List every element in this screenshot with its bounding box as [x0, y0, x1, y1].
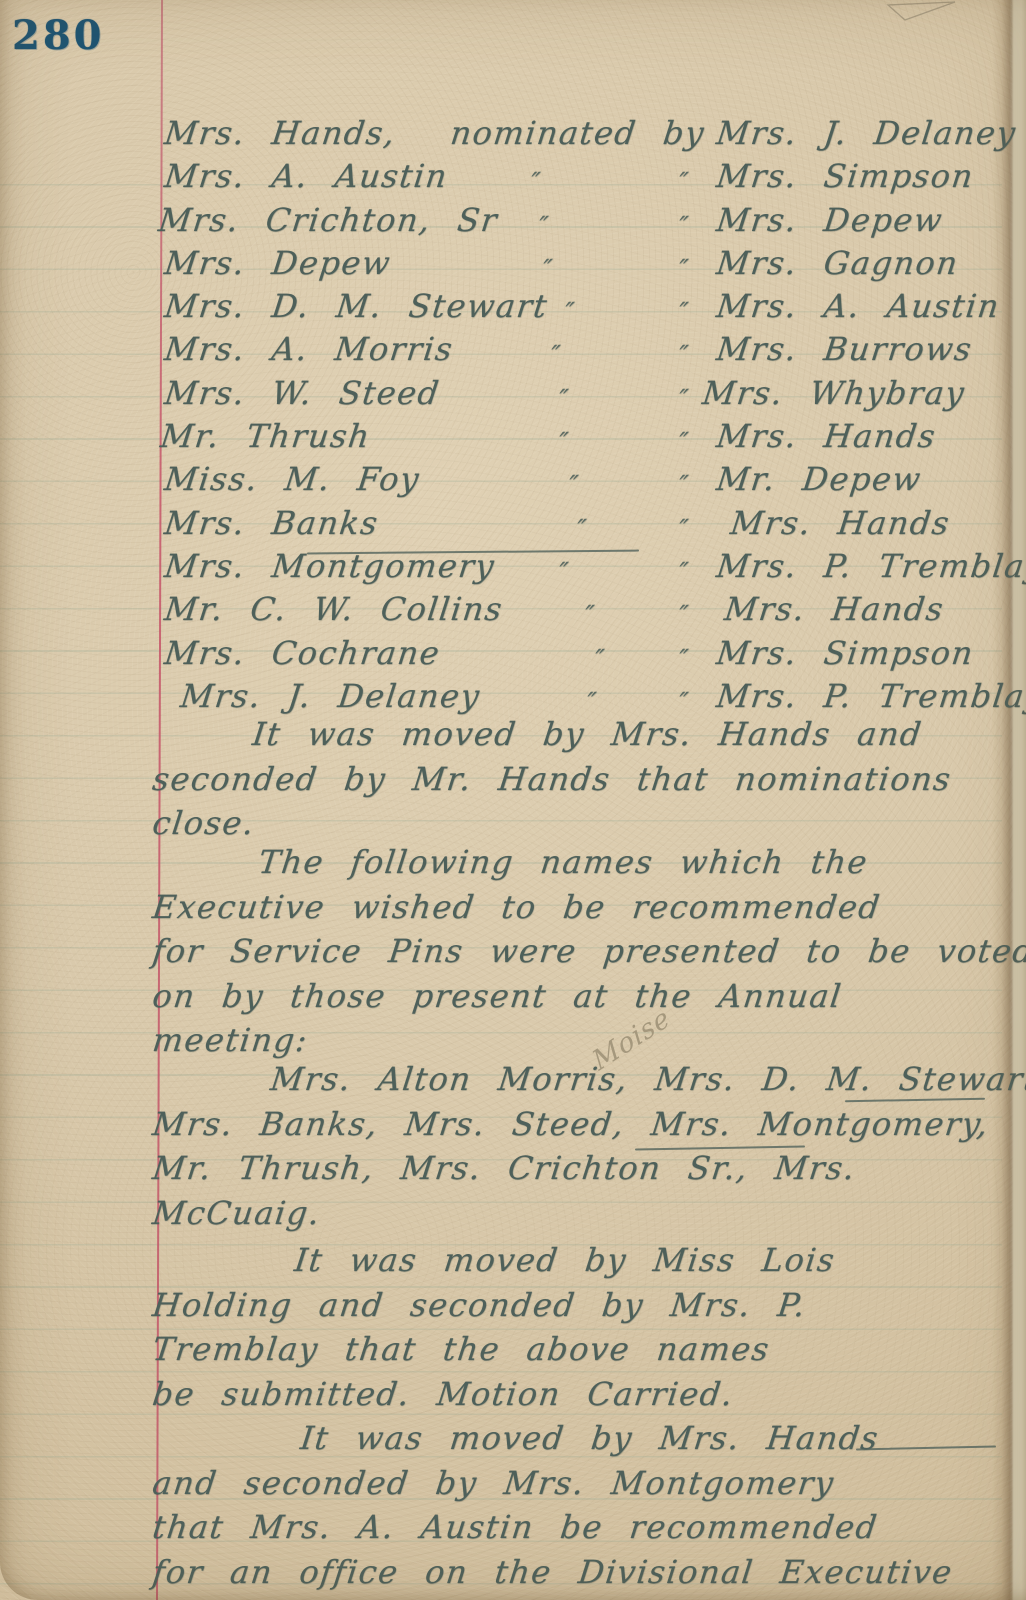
text-line: Mrs. Alton Morris, Mrs. D. M. Stewart: [150, 1057, 1025, 1102]
nominee-name: Mrs. D. M. Stewart: [162, 285, 550, 328]
page-number: 280: [12, 12, 105, 59]
nomination-row: Mrs. D. M. Stewart ″ ″ Mrs. A. Austin: [0, 285, 1026, 328]
nomination-row: Mrs. W. Steed ″ ″ Mrs. Whybray: [0, 372, 1026, 415]
nomination-header-row: Mrs. Hands, nominated by Mrs. J. Delaney: [0, 112, 1026, 155]
text-line: McCuaig.: [150, 1191, 1025, 1236]
paragraph-service-pins: The following names which the Executive …: [150, 840, 1020, 1063]
ditto-mark: ″: [676, 507, 693, 550]
text-line: for Service Pins were presented to be vo…: [150, 929, 1025, 974]
ditto-mark: ″: [676, 593, 693, 636]
ditto-mark: ″: [676, 333, 693, 376]
text-line: Mrs. Banks, Mrs. Steed, Mrs. Montgomery,: [150, 1102, 1025, 1147]
text-line: seconded by Mr. Hands that nominations: [150, 757, 1025, 802]
text-line: It was moved by Miss Lois: [150, 1238, 1025, 1283]
nomination-row: Mrs. Cochrane ″ ″ Mrs. Simpson: [0, 632, 1026, 675]
text-line: and seconded by Mrs. Montgomery: [150, 1461, 1025, 1506]
nominator-name: Mrs. Depew: [714, 199, 946, 242]
nomination-row: Mr. C. W. Collins ″ ″ Mrs. Hands: [0, 588, 1026, 631]
text-line: The following names which the: [150, 840, 1025, 885]
text-line: for an office on the Divisional Executiv…: [150, 1550, 1025, 1595]
ditto-mark: ″: [676, 247, 693, 290]
nomination-row: Mrs. Banks ″ ″ Mrs. Hands: [0, 502, 1026, 545]
paragraph-names-submitted: It was moved by Miss Lois Holding and se…: [150, 1238, 1020, 1416]
nominator-name: Mr. Depew: [714, 458, 924, 501]
nomination-row: Mrs. A. Austin ″ ″ Mrs. Simpson: [0, 155, 1026, 198]
ditto-mark: ″: [548, 333, 565, 376]
corner-pencil-mark: [0, 0, 1026, 60]
nominee-name: Mrs. A. Austin: [162, 155, 450, 198]
ditto-mark: ″: [536, 204, 553, 247]
text-line: on by those present at the Annual: [150, 974, 1025, 1019]
nominee-name: Mrs. Hands,: [162, 112, 398, 155]
text-line: Mr. Thrush, Mrs. Crichton Sr., Mrs.: [150, 1146, 1025, 1191]
ditto-mark: ″: [676, 377, 693, 420]
nomination-row: Mrs. Crichton, Sr ″ ″ Mrs. Depew: [0, 199, 1026, 242]
nominee-name: Mr. Thrush: [158, 415, 373, 458]
ditto-mark: ″: [592, 637, 609, 680]
nominee-name: Mrs. W. Steed: [162, 372, 442, 415]
nominee-name: Mrs. Crichton, Sr: [156, 199, 500, 242]
ditto-mark: ″: [528, 160, 545, 203]
ditto-mark: ″: [676, 204, 693, 247]
text-line: Executive wished to be recommended: [150, 885, 1025, 930]
text-line: Tremblay that the above names: [150, 1327, 1025, 1372]
ditto-mark: ″: [582, 593, 599, 636]
text-line: be submitted. Motion Carried.: [150, 1372, 1025, 1417]
nominator-name: Mrs. Hands: [728, 502, 953, 545]
ditto-mark: ″: [556, 420, 573, 463]
nominee-name: Miss. M. Foy: [162, 458, 422, 501]
nominator-name: Mrs. Hands: [722, 588, 947, 631]
nominator-name: Mrs. Hands: [714, 415, 939, 458]
nominator-name: Mrs. Simpson: [714, 155, 976, 198]
ditto-mark: ″: [540, 247, 557, 290]
nominated-by-label: nominated by: [448, 112, 707, 155]
ledger-page: 280 Mrs. Hands, nominated by Mrs. J. Del…: [0, 0, 1026, 1600]
nominee-name: Mrs. Banks: [162, 502, 381, 545]
ditto-mark: ″: [562, 290, 579, 333]
text-line: Holding and seconded by Mrs. P.: [150, 1283, 1025, 1328]
ditto-mark: ″: [676, 637, 693, 680]
ditto-mark: ″: [556, 377, 573, 420]
ditto-mark: ″: [566, 463, 583, 506]
text-line: It was moved by Mrs. Hands: [150, 1416, 1025, 1461]
nominee-name: Mrs. A. Morris: [162, 328, 456, 371]
nomination-row: Miss. M. Foy ″ ″ Mr. Depew: [0, 458, 1026, 501]
nominator-name: Mrs. Whybray: [700, 372, 968, 415]
text-line: It was moved by Mrs. Hands and: [150, 712, 1025, 757]
nominator-name: Mrs. P. Tremblay: [714, 545, 1026, 588]
ditto-mark: ″: [676, 290, 693, 333]
nominator-name: Mrs. Gagnon: [714, 242, 961, 285]
ditto-mark: ″: [676, 160, 693, 203]
paragraph-austin-recommended: It was moved by Mrs. Hands and seconded …: [150, 1416, 1020, 1594]
nominator-name: Mrs. Burrows: [714, 328, 975, 371]
nominations-table: Mrs. Hands, nominated by Mrs. J. Delaney…: [0, 112, 1026, 718]
nominee-name: Mr. C. W. Collins: [162, 588, 505, 631]
ditto-mark: ″: [574, 507, 591, 550]
nominee-name: Mrs. Depew: [162, 242, 394, 285]
paragraph-nominations-close: It was moved by Mrs. Hands and seconded …: [150, 712, 1020, 846]
nominator-name: Mrs. A. Austin: [714, 285, 1002, 328]
ditto-mark: ″: [556, 550, 573, 593]
ditto-mark: ″: [676, 420, 693, 463]
nominator-name: Mrs. Simpson: [714, 632, 976, 675]
nomination-row: Mrs. Montgomery ″ ″ Mrs. P. Tremblay: [0, 545, 1026, 588]
nomination-row: Mrs. Depew ″ ″ Mrs. Gagnon: [0, 242, 1026, 285]
nominator-name: Mrs. J. Delaney: [714, 112, 1019, 155]
nominee-name: Mrs. Montgomery: [162, 545, 498, 588]
nominee-name: Mrs. Cochrane: [162, 632, 443, 675]
paragraph-pin-names: Mrs. Alton Morris, Mrs. D. M. Stewart Mr…: [150, 1057, 1020, 1235]
ditto-mark: ″: [676, 463, 693, 506]
text-line: that Mrs. A. Austin be recommended: [150, 1505, 1025, 1550]
nomination-row: Mr. Thrush ″ ″ Mrs. Hands: [0, 415, 1026, 458]
nomination-row: Mrs. A. Morris ″ ″ Mrs. Burrows: [0, 328, 1026, 371]
ditto-mark: ″: [676, 550, 693, 593]
